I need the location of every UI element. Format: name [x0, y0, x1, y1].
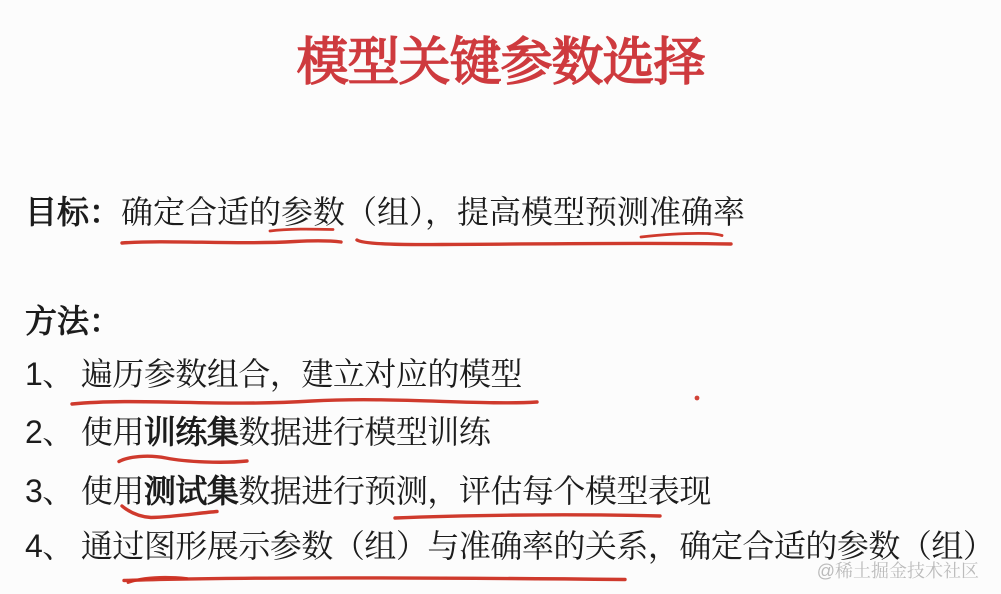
underline-goal-right: [357, 240, 731, 245]
item-text-bold: 测试集: [144, 473, 239, 509]
slide-canvas: 模型关键参数选择 目标：确定合适的参数（组），提高模型预测准确率 方法： 1、遍…: [0, 0, 1001, 594]
underline-goal-left: [122, 241, 341, 243]
item-text: 遍历参数组合，建立对应的模型: [81, 356, 522, 392]
item-number: 1、: [25, 356, 74, 392]
item-text-bold: 训练集: [144, 414, 239, 450]
method-label: 方法：: [25, 303, 121, 339]
item-text: 数据进行模型训练: [238, 414, 490, 450]
underline-item4: [124, 578, 625, 581]
underline-item4-double: [128, 577, 187, 582]
underline-goal-right-double: [641, 233, 722, 237]
underline-item3-right: [395, 515, 660, 518]
item-number: 2、: [25, 414, 74, 450]
item-text: 数据进行预测，评估每个模型表现: [238, 473, 711, 509]
underline-item2: [119, 456, 247, 462]
item-number: 4、: [25, 528, 74, 564]
method-item-2: 2、使用训练集数据进行模型训练: [25, 414, 490, 450]
watermark: @稀土掘金技术社区: [817, 557, 979, 583]
stray-red-dot: [695, 396, 700, 401]
method-item-3: 3、使用测试集数据进行预测，评估每个模型表现: [25, 473, 711, 509]
goal-label: 目标：: [25, 194, 121, 230]
goal-line: 目标：确定合适的参数（组），提高模型预测准确率: [25, 194, 745, 230]
item-number: 3、: [25, 473, 74, 509]
item-text: 使用: [81, 473, 144, 509]
underline-item1: [72, 400, 537, 404]
method-item-1: 1、遍历参数组合，建立对应的模型: [25, 356, 522, 392]
item-text: 使用: [81, 414, 144, 450]
slide-title: 模型关键参数选择: [0, 20, 1001, 95]
goal-text: 确定合适的参数（组），提高模型预测准确率: [121, 194, 745, 230]
